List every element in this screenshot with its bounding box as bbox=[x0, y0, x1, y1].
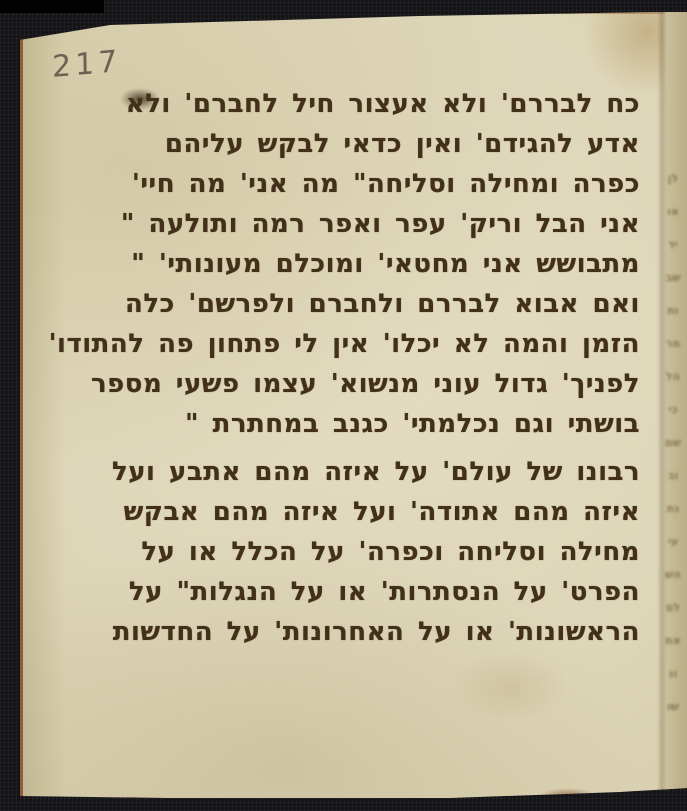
stain bbox=[450, 652, 570, 722]
text-line: כח לבררם' ולא אעצור חיל לחברם' ולא bbox=[60, 84, 640, 124]
fore-edge-pages: לן או יד שב ות מר הל כי שם וב נת עי הש ל… bbox=[657, 12, 687, 790]
text-line: הזמן והמה לא יכלו' אין לי פתחון פה להתוד… bbox=[60, 324, 640, 364]
text-line: מתבושש אני מחטאי' ומוכלם מעונותי' " bbox=[60, 244, 640, 284]
text-line: ואם אבוא לבררם ולחברם ולפרשם' כלה bbox=[60, 284, 640, 324]
text-block: כח לבררם' ולא אעצור חיל לחברם' ולא אדע ל… bbox=[60, 84, 640, 652]
manuscript-photo: 217 כח לבררם' ולא אעצור חיל לחברם' ולא א… bbox=[0, 0, 687, 811]
manuscript-page: 217 כח לבררם' ולא אעצור חיל לחברם' ולא א… bbox=[20, 12, 687, 804]
stain bbox=[540, 788, 596, 802]
text-line: כפרה ומחילה וסליחה" מה אני' מה חיי' bbox=[60, 164, 640, 204]
text-line: אני הבל וריק' עפר ואפר רמה ותולעה " bbox=[60, 204, 640, 244]
text-line: בושתי וגם נכלמתי' כגנב במחתרת " bbox=[60, 404, 640, 444]
text-line: הראשונות' או על האחרונות' על החדשות bbox=[60, 612, 640, 652]
text-line: מחילה וסליחה וכפרה' על הכלל או על bbox=[60, 532, 640, 572]
text-line: הפרט' על הנסתרות' או על הנגלות" על bbox=[60, 572, 640, 612]
folio-number: 217 bbox=[52, 47, 122, 83]
binding-background bbox=[0, 0, 104, 13]
stain bbox=[579, 12, 669, 92]
text-line: איזה מהם אתודה' ועל איזה מהם אבקש bbox=[60, 492, 640, 532]
text-line: אדע להגידם' ואין כדאי לבקש עליהם bbox=[60, 124, 640, 164]
text-line: רבונו של עולם' על איזה מהם אתבע ועל bbox=[60, 452, 640, 492]
fore-edge-ghost-text: לן או יד שב ות מר הל כי שם וב נת עי הש ל… bbox=[659, 162, 687, 723]
text-line: לפניך' גדול עוני מנשוא' עצמו פשעי מספר bbox=[60, 364, 640, 404]
